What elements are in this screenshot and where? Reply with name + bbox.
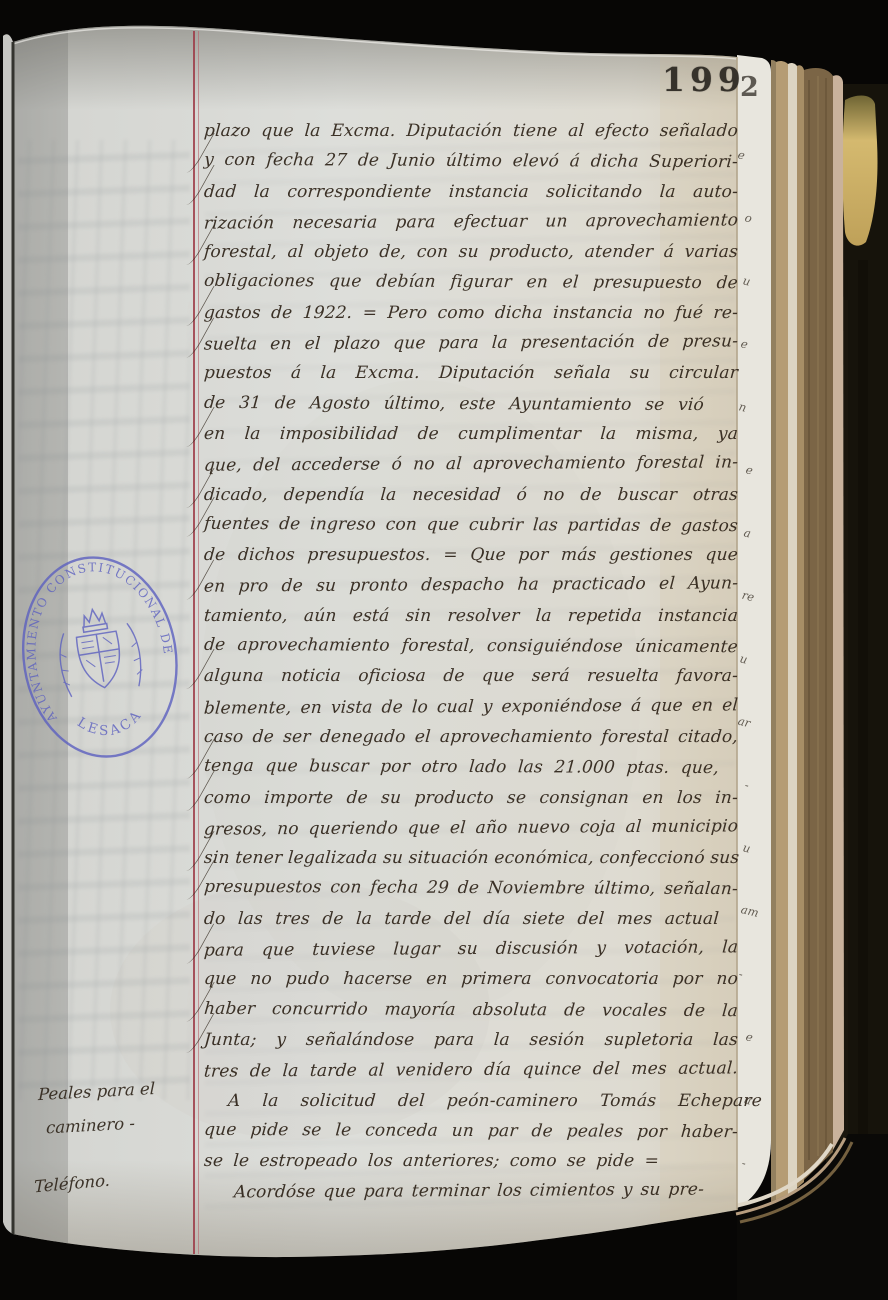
manuscript-line: Junta; y señalándose para la sesión supl… (203, 1025, 739, 1055)
archival-book-scan: 199 2 AYUNTAMIENTO CONSTITUCIONAL DE ✳ L… (0, 0, 888, 1300)
red-margin-line-outer (193, 31, 195, 1254)
fore-edge-fragments: eoueneareuar-uam-eu- (738, 0, 764, 1200)
page-number-stamp: 199 (662, 60, 746, 99)
manuscript-line: en la imposibilidad de cumplimentar la m… (203, 419, 739, 449)
fragment-mark: n (737, 399, 748, 414)
fragment-mark: u (741, 273, 752, 288)
manuscript-line: A la solicitud del peón-caminero Tomás E… (227, 1086, 763, 1116)
manuscript-line: tenga que buscar por otro lado las 21.00… (203, 751, 720, 784)
manuscript-line: rización necesaria para efectuar un apro… (203, 205, 739, 239)
fragment-mark: - (743, 778, 750, 793)
manuscript-line: fuentes de ingreso con que cubrir las pa… (203, 509, 739, 542)
manuscript-line: caso de ser denegado el aprovechamiento … (203, 722, 739, 752)
manuscript-line: de dichos presupuestos. = Que por más ge… (203, 540, 739, 570)
fragment-mark: - (740, 1156, 747, 1171)
manuscript-line: que, del accederse ó no al aprovechamien… (203, 448, 739, 482)
red-margin-line-inner (198, 31, 200, 1254)
manuscript-line: tres de la tarde al venidero día quince … (203, 1054, 739, 1088)
manuscript-line: para que tuviese lugar su discusión y vo… (203, 932, 739, 966)
fragment-mark: a (742, 525, 752, 540)
manuscript-line: plazo que la Excma. Diputación tiene al … (203, 116, 739, 146)
fragment-mark: o (743, 210, 753, 225)
manuscript-line: gresos, no queriendo que el año nuevo co… (203, 811, 739, 845)
fragment-mark: u (742, 1092, 753, 1107)
manuscript-line: presupuestos con fecha 29 de Noviembre ú… (203, 872, 739, 905)
manuscript-line: blemente, en vista de lo cual y exponién… (203, 690, 739, 724)
fragment-mark: u (741, 840, 752, 855)
manuscript-line: como importe de su producto se consignan… (203, 783, 739, 813)
manuscript-line: dicado, dependía la necesidad ó no de bu… (203, 480, 739, 510)
manuscript-line: que pide se le conceda un par de peales … (203, 1115, 739, 1148)
manuscript-line: puestos á la Excma. Diputación señala su… (203, 358, 739, 388)
manuscript-body: plazo que la Excma. Diputación tiene al … (204, 116, 738, 1207)
manuscript-line: suelta en el plazo que para la presentac… (203, 326, 739, 360)
fragment-mark: re (740, 588, 755, 605)
fragment-mark: ar (736, 714, 751, 731)
municipal-seal-stamp: AYUNTAMIENTO CONSTITUCIONAL DE ✳ LESACA … (0, 538, 202, 778)
fragment-mark: e (739, 336, 749, 351)
manuscript-line: tamiento, aún está sin resolver la repet… (203, 601, 739, 631)
manuscript-line: Acordóse que para terminar los cimientos… (233, 1175, 705, 1208)
manuscript-line: sin tener legalizada su situación económ… (203, 843, 739, 873)
manuscript-line: do las tres de la tarde del día siete de… (203, 904, 720, 934)
manuscript-line: dad la correspondiente instancia solicit… (203, 177, 739, 207)
manuscript-line: obligaciones que debían figurar en el pr… (203, 266, 739, 299)
manuscript-line: y con fecha 27 de Junio último elevó á d… (203, 145, 739, 178)
fragment-mark: am (740, 902, 761, 920)
fragment-mark: e (736, 147, 746, 162)
manuscript-line: gastos de 1922. = Pero como dicha instan… (203, 298, 739, 328)
manuscript-line: que no pudo hacerse en primera convocato… (203, 964, 739, 994)
coat-of-arms (53, 603, 145, 697)
manuscript-line: forestal, al objeto de, con su producto,… (203, 237, 739, 267)
fragment-mark: e (744, 1029, 754, 1044)
fragment-mark: - (737, 967, 744, 982)
manuscript-line: haber concurrido mayoría absoluta de voc… (203, 993, 739, 1026)
manuscript-line: de 31 de Agosto último, este Ayuntamient… (203, 388, 705, 420)
manuscript-line: alguna noticia oficiosa de que será resu… (203, 661, 739, 691)
manuscript-line: en pro de su pronto despacho ha practica… (203, 569, 739, 603)
fragment-mark: e (744, 462, 754, 477)
fragment-mark: u (738, 651, 749, 666)
manuscript-line: de aprovechamiento forestal, consiguiénd… (203, 630, 739, 663)
manuscript-line: se le estropeado los anteriores; como se… (203, 1146, 660, 1176)
